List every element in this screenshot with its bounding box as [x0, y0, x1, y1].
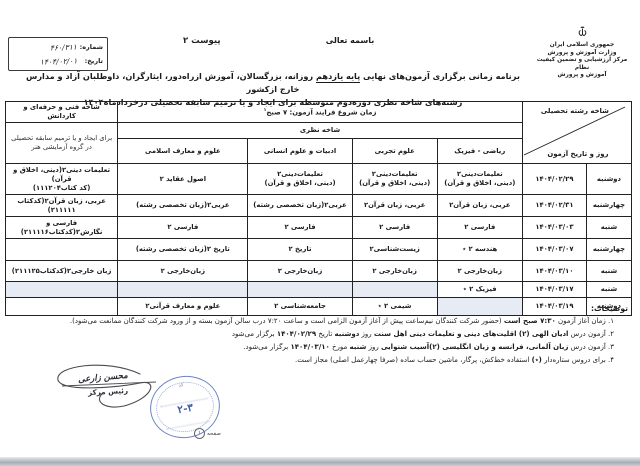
- title-line1: برنامه زمانی برگزاری آزمون‌های نهایی پای…: [18, 70, 528, 96]
- date-cell: ۱۴۰۴/۰۳/۰۷: [522, 239, 586, 261]
- signature-block: محسن زارعی رئیس مرکز: [44, 364, 164, 416]
- date-cell: ۱۴۰۴/۰۳/۱۰: [522, 261, 586, 282]
- subject-cell: تاریخ ۲(زبان تخصصی رشته): [118, 239, 248, 261]
- iran-emblem-icon: [575, 26, 590, 41]
- reference-number-value: ۴۶۰/۳۱۱: [50, 42, 77, 52]
- title-line1-post: روزانه، بزرگسالان، آموزش ازراه‌دور، ایثا…: [26, 71, 316, 94]
- vocational-branch-header: شاخه فنی و حرفه‌ای و کاردانش: [6, 102, 118, 123]
- scan-bottom-edge: [0, 457, 640, 466]
- day-cell: شنبه: [586, 217, 631, 239]
- subject-cell-empty: [118, 282, 248, 298]
- notes-title: توضیحات:: [8, 304, 628, 313]
- page-label: صفحه: [207, 431, 221, 437]
- day-cell: دوشنبه: [586, 164, 631, 195]
- subject-cell: فارسی ۲: [437, 217, 522, 239]
- subject-cell: زبان‌خارجی ۲: [118, 261, 248, 282]
- diagonal-label-date: روز و تاریخ آزمون: [531, 150, 625, 159]
- day-cell: شنبه: [586, 261, 631, 282]
- day-cell: چهارشنبه: [586, 195, 631, 217]
- bismillah-text: باسمه تعالی: [300, 36, 400, 45]
- attachment-label: پیوست ۲: [183, 36, 221, 46]
- date-cell: ۱۴۰۴/۰۳/۱۷: [522, 282, 586, 298]
- note-item: ۳. آزمون درس زبان آلمانی، فرانسه و زبان …: [8, 341, 628, 354]
- subject-cell: فارسی ۲: [248, 217, 352, 239]
- table-row: چهارشنبه ۱۴۰۴/۰۳/۰۷ هندسه ۲ ٭ زیست‌شناسی…: [6, 239, 632, 261]
- note-item: ۲. آزمون درس ادیان الهی (۲) اقلیت‌های دی…: [8, 328, 628, 341]
- subject-cell: تاریخ ۲: [248, 239, 352, 261]
- letterhead-center-line1: مرکز ارزشیابی و تضمین کیفیت نظام: [534, 57, 630, 72]
- subject-cell-empty: [6, 239, 118, 261]
- subject-cell: زبان‌خارجی ۲: [437, 261, 522, 282]
- exam-schedule-table: شاخه رشته تحصیلی روز و تاریخ آزمون زمان …: [5, 101, 632, 316]
- subject-cell: زیست‌شناسی۲: [352, 239, 437, 261]
- subject-cell: فیزیک ۲ ٭: [437, 282, 522, 298]
- subject-cell: زبان خارجی۲(کدکتاب۲۱۱۱۲۵): [6, 261, 118, 282]
- day-cell: شنبه: [586, 282, 631, 298]
- table-row: دوشنبه ۱۴۰۴/۰۲/۲۹ تعلیمات‌دینی۲ (دینی، ا…: [6, 164, 632, 195]
- column-header-literature: ادبیات و علوم انسانی: [248, 139, 352, 164]
- diagonal-label-branch: شاخه رشته تحصیلی: [529, 107, 621, 116]
- subject-cell: عربی۲(زبان تخصصی رشته): [118, 195, 248, 217]
- title-grade-underlined: پایه یازدهم: [316, 71, 360, 83]
- reference-date-label: تاریخ:: [77, 57, 103, 65]
- date-cell: ۱۴۰۴/۰۳/۰۳: [522, 217, 586, 239]
- diagonal-header-cell: شاخه رشته تحصیلی روز و تاریخ آزمون: [522, 102, 631, 164]
- subject-cell: تعلیمات دینی۲(دینی، اخلاق و قرآن) (کد کت…: [6, 164, 118, 195]
- start-time-header: زمان شروع فرایند آزمون: ۷ صبح۱: [118, 102, 523, 123]
- reference-number-row: شماره: ۴۶۰/۳۱۱: [13, 43, 103, 52]
- subject-cell: عربی، زبان قرآن۲: [437, 195, 522, 217]
- reference-date-row: تاریخ: ۱۴۰۴/۰۲/۰۱: [13, 57, 103, 66]
- subject-cell: اصول عقاید ۲: [118, 164, 248, 195]
- subject-cell: تعلیمات‌دینی۲ (دینی، اخلاق و قرآن): [248, 164, 352, 195]
- table-row: چهارشنبه ۱۴۰۴/۰۲/۳۱ عربی، زبان قرآن۲ عرب…: [6, 195, 632, 217]
- subject-cell: عربی۲(زبان تخصصی رشته): [248, 195, 352, 217]
- letterhead: جمهوری اسلامی ایران وزارت آموزش و پرورش …: [534, 26, 630, 80]
- notes-section: توضیحات: ۱. زمان آغاز آزمون ۷:۳۰ صبح است…: [8, 304, 628, 367]
- title-line1-pre: برنامه زمانی برگزاری آزمون‌های نهایی: [360, 71, 520, 81]
- column-header-math: ریاضی - فیزیک: [437, 139, 522, 164]
- subject-cell-empty: [352, 282, 437, 298]
- subject-cell: عربی، زبان قرآن۲(کدکتاب ۲۱۱۱۱۱): [6, 195, 118, 217]
- subject-cell: زبان‌خارجی ۲: [248, 261, 352, 282]
- day-cell: چهارشنبه: [586, 239, 631, 261]
- start-time-text: زمان شروع فرایند آزمون: ۷ صبح: [266, 109, 376, 117]
- letterhead-center-line2: آموزش و پرورش: [534, 72, 630, 80]
- note-item: ۱. زمان آغاز آزمون ۷:۳۰ صبح است (حضور شر…: [8, 315, 628, 328]
- column-header-science: علوم تجربی: [352, 139, 437, 164]
- page-number: ۱: [194, 428, 205, 439]
- theory-branch-header: شاخه نظری: [118, 123, 523, 139]
- reference-box: شماره: ۴۶۰/۳۱۱ تاریخ: ۱۴۰۴/۰۲/۰۱: [8, 37, 108, 71]
- letterhead-country: جمهوری اسلامی ایران: [534, 42, 630, 50]
- date-cell: ۱۴۰۴/۰۲/۲۹: [522, 164, 586, 195]
- subject-cell: فارسی ۲: [118, 217, 248, 239]
- subject-cell: عربی، زبان قرآن۲: [352, 195, 437, 217]
- subject-cell: فارسی ۲: [352, 217, 437, 239]
- column-header-islamic: علوم و معارف اسلامی: [118, 139, 248, 164]
- document-page: جمهوری اسلامی ایران وزارت آموزش و پرورش …: [0, 0, 640, 466]
- page-marker: صفحه ۱: [194, 428, 221, 439]
- reference-date-value: ۱۴۰۴/۰۲/۰۱: [40, 56, 78, 66]
- subject-cell: زبان‌خارجی ۲: [352, 261, 437, 282]
- subject-cell: هندسه ۲ ٭: [437, 239, 522, 261]
- subject-cell: تعلیمات‌دینی۲ (دینی، اخلاق و قرآن): [352, 164, 437, 195]
- table-row: شنبه ۱۴۰۴/۰۳/۱۷ فیزیک ۲ ٭: [6, 282, 632, 298]
- subject-cell: فارسی و نگارش۲(کدکتاب۲۱۱۱۱۶): [6, 217, 118, 239]
- vocational-branch-note: برای ایجاد و یا ترمیم سابقه تحصیلی در گر…: [6, 123, 118, 164]
- subject-cell-empty: [6, 282, 118, 298]
- table-row: شنبه ۱۴۰۴/۰۳/۱۰ زبان‌خارجی ۲ زبان‌خارجی …: [6, 261, 632, 282]
- date-cell: ۱۴۰۴/۰۲/۳۱: [522, 195, 586, 217]
- table-row: شنبه ۱۴۰۴/۰۳/۰۳ فارسی ۲ فارسی ۲ فارسی ۲ …: [6, 217, 632, 239]
- reference-number-label: شماره:: [77, 43, 103, 51]
- subject-cell: تعلیمات‌دینی۲ (دینی، اخلاق و قرآن): [437, 164, 522, 195]
- subject-cell-empty: [248, 282, 352, 298]
